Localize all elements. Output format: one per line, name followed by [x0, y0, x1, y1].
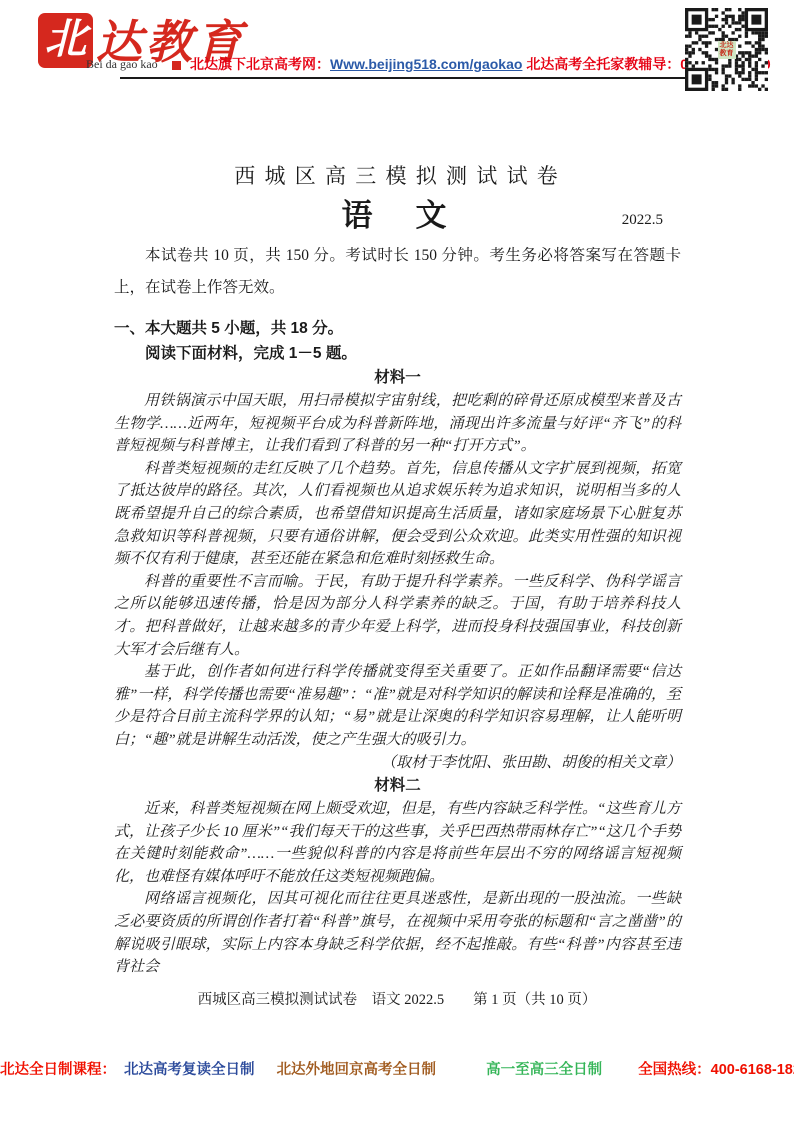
subject-title: 语 文 — [0, 190, 794, 235]
gaokao-site-link[interactable]: Www.beijing518.com/gaokao — [330, 56, 522, 72]
exam-title: 西 城 区 高 三 模 拟 测 试 试 卷 — [0, 160, 794, 190]
page-number-footer: 西城区高三模拟测试试卷 语文 2022.5 第 1 页（共 10 页） — [0, 988, 794, 1009]
promo-item-fulltime: 北达高考复读全日制 — [124, 1062, 255, 1078]
exam-body: 一、本大题共 5 小题，共 18 分。 阅读下面材料，完成 1－5 题。 材料一… — [114, 316, 681, 979]
material-two-title: 材料二 — [114, 774, 681, 798]
promo-item-grades: 高一至高三全日制 — [486, 1062, 602, 1078]
material-one-paragraph: 用铁锅演示中国天眼，用扫帚模拟宇宙射线，把吃剩的碎骨还原成模型来普及古生物学……… — [114, 390, 681, 458]
red-square-bullet-icon — [172, 61, 181, 70]
brand-pinyin-label: Bei da gao kao — [86, 57, 158, 72]
section-one-heading: 一、本大题共 5 小题，共 18 分。 — [114, 316, 681, 341]
material-one-title: 材料一 — [114, 366, 681, 390]
brand-seal-logo: 北 — [38, 13, 93, 68]
material-one-source: （取材于李忱阳、张田勘、胡俊的相关文章） — [114, 752, 681, 775]
promo-footer-bar: 北达全日制课程： 北达高考复读全日制 北达外地回京高考全日制 高一至高三全日制 … — [0, 1058, 794, 1079]
qr-label-line1: 北达 — [720, 42, 734, 50]
exam-notice: 本试卷共 10 页，共 150 分。考试时长 150 分钟。考生务必将答案写在答… — [114, 240, 681, 304]
material-one-paragraph: 科普类短视频的走红反映了几个趋势。首先，信息传播从文字扩展到视频，拓宽了抵达彼岸… — [114, 458, 681, 571]
section-one-subheading: 阅读下面材料，完成 1－5 题。 — [114, 341, 681, 366]
promo-label: 北达全日制课程： — [0, 1062, 116, 1078]
qr-label-line2: 教育 — [720, 50, 734, 58]
material-two-paragraph: 网络谣言视频化，因其可视化而往往更具迷惑性，是新出现的一股浊流。一些缺乏必要资质… — [114, 888, 681, 978]
exam-date: 2022.5 — [622, 212, 663, 229]
material-two-paragraph: 近来，科普类短视频在网上颇受欢迎，但是，有些内容缺乏科学性。“这些育儿方式，让孩… — [114, 798, 681, 888]
material-one-paragraph: 科普的重要性不言而喻。于民，有助于提升科学素养。一些反科学、伪科学谣言之所以能够… — [114, 571, 681, 661]
promo-item-returning: 北达外地回京高考全日制 — [277, 1062, 437, 1078]
material-one-paragraph: 基于此，创作者如何进行科学传播就变得至关重要了。正如作品翻译需要“信达雅”一样，… — [114, 661, 681, 751]
header-links-row: 北达旗下北京高考网：Www.beijing518.com/gaokao 北达高考… — [190, 54, 690, 74]
promo-hotline: 全国热线：400-6168-182 — [638, 1062, 794, 1078]
qr-center-label: 北达 教育 — [718, 41, 736, 59]
qr-code: 北达 教育 — [685, 8, 768, 91]
header-divider — [120, 77, 685, 79]
exam-paper-page: 北 达教育 Bei da gao kao 北达旗下北京高考网：Www.beiji… — [0, 0, 794, 1123]
site-label: 北达旗下北京高考网： — [190, 56, 330, 72]
